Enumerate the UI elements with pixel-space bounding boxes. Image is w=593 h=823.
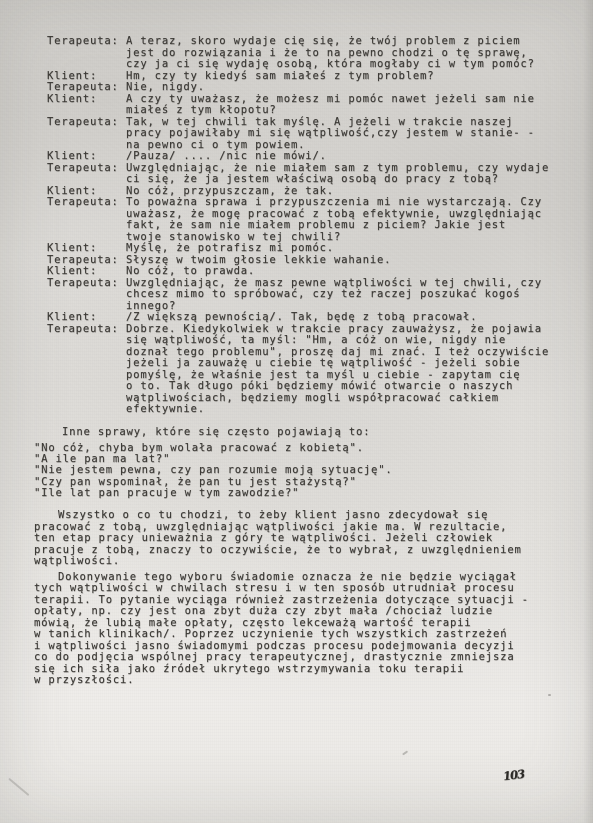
speaker-label: Terapeuta: [47,82,126,94]
dialogue-turn: Klient: No cóż, to prawda. [47,266,568,278]
utterance-text: A teraz, skoro wydaje cię się, że twój p… [126,36,568,71]
utterance-text: Tak, w tej chwili tak myślę. A jeżeli w … [126,117,568,152]
dialogue-turn: Terapeuta: Uwzględniając, że nie miałem … [47,163,568,186]
utterance-text: /Pauza/ .... /nic nie mówi/. [126,151,568,163]
speaker-label: Terapeuta: [47,197,126,209]
utterance-text: No cóż, to prawda. [126,266,568,278]
client-quote: "Nie jestem pewna, czy pan rozumie moją … [34,465,568,476]
speaker-label: Terapeuta: [47,117,126,129]
dialogue-turn: Klient: A czy ty uważasz, że możesz mi p… [47,94,568,117]
utterance-text: Myślę, że potrafisz mi pomóc. [126,243,568,255]
dialogue-turn: Klient: Myślę, że potrafisz mi pomóc. [47,243,568,255]
client-quote-list: "No cóż, chyba bym wolała pracować z kob… [34,443,568,499]
speaker-label: Klient: [47,243,126,255]
speaker-label: Terapeuta: [47,324,126,336]
utterance-text: Nie, nigdy. [126,82,568,94]
scan-streak [9,778,30,796]
dialogue-turn: Terapeuta: Dobrze. Kiedykolwiek w trakci… [47,324,568,416]
dialogue-turn: Klient: /Z większą pewnością/. Tak, będę… [47,312,568,324]
commentary-paragraph-1: Wszystko o co tu chodzi, to żeby klient … [34,510,568,568]
speaker-label: Terapeuta: [47,36,126,48]
speaker-label: Klient: [47,266,126,278]
dialogue-turn: Terapeuta: Uwzględniając, że masz pewne … [47,278,568,313]
speaker-label: Terapeuta: [47,278,126,290]
scan-speck [548,694,551,696]
therapy-dialogue-transcript: Terapeuta: A teraz, skoro wydaje cię się… [47,36,568,416]
scan-edge-shadow [583,0,593,823]
utterance-text: Dobrze. Kiedykolwiek w trakcie pracy zau… [126,324,568,416]
dialogue-turn: Terapeuta: To poważna sprawa i przypuszc… [47,197,568,243]
page-content: Terapeuta: A teraz, skoro wydaje cię się… [34,36,568,687]
other-issues-intro: Inne sprawy, które się często pojawiają … [62,427,568,439]
utterance-text: A czy ty uważasz, że możesz mi pomóc naw… [126,94,568,117]
speaker-label: Terapeuta: [47,163,126,175]
utterance-text: Uwzględniając, że masz pewne wątpliwości… [126,278,568,313]
dialogue-turn: Klient: /Pauza/ .... /nic nie mówi/. [47,151,568,163]
dialogue-turn: Terapeuta: Nie, nigdy. [47,82,568,94]
client-quote: "Ile lat pan pracuje w tym zawodzie?" [34,488,568,499]
speaker-label: Klient: [47,151,126,163]
scanned-document-page: Terapeuta: A teraz, skoro wydaje cię się… [0,0,593,823]
dialogue-turn: Terapeuta: Tak, w tej chwili tak myślę. … [47,117,568,152]
scan-speck [402,750,408,755]
utterance-text: Uwzględniając, że nie miałem sam z tym p… [126,163,568,186]
speaker-label: Klient: [47,94,126,106]
speaker-label: Klient: [47,312,126,324]
dialogue-turn: Terapeuta: A teraz, skoro wydaje cię się… [47,36,568,71]
utterance-text: To poważna sprawa i przypuszczenia mi ni… [126,197,568,243]
utterance-text: /Z większą pewnością/. Tak, będę z tobą … [126,312,568,324]
handwritten-page-number: 103 [502,767,525,783]
commentary-paragraph-2: Dokonywanie tego wyboru świadomie oznacz… [34,572,568,687]
